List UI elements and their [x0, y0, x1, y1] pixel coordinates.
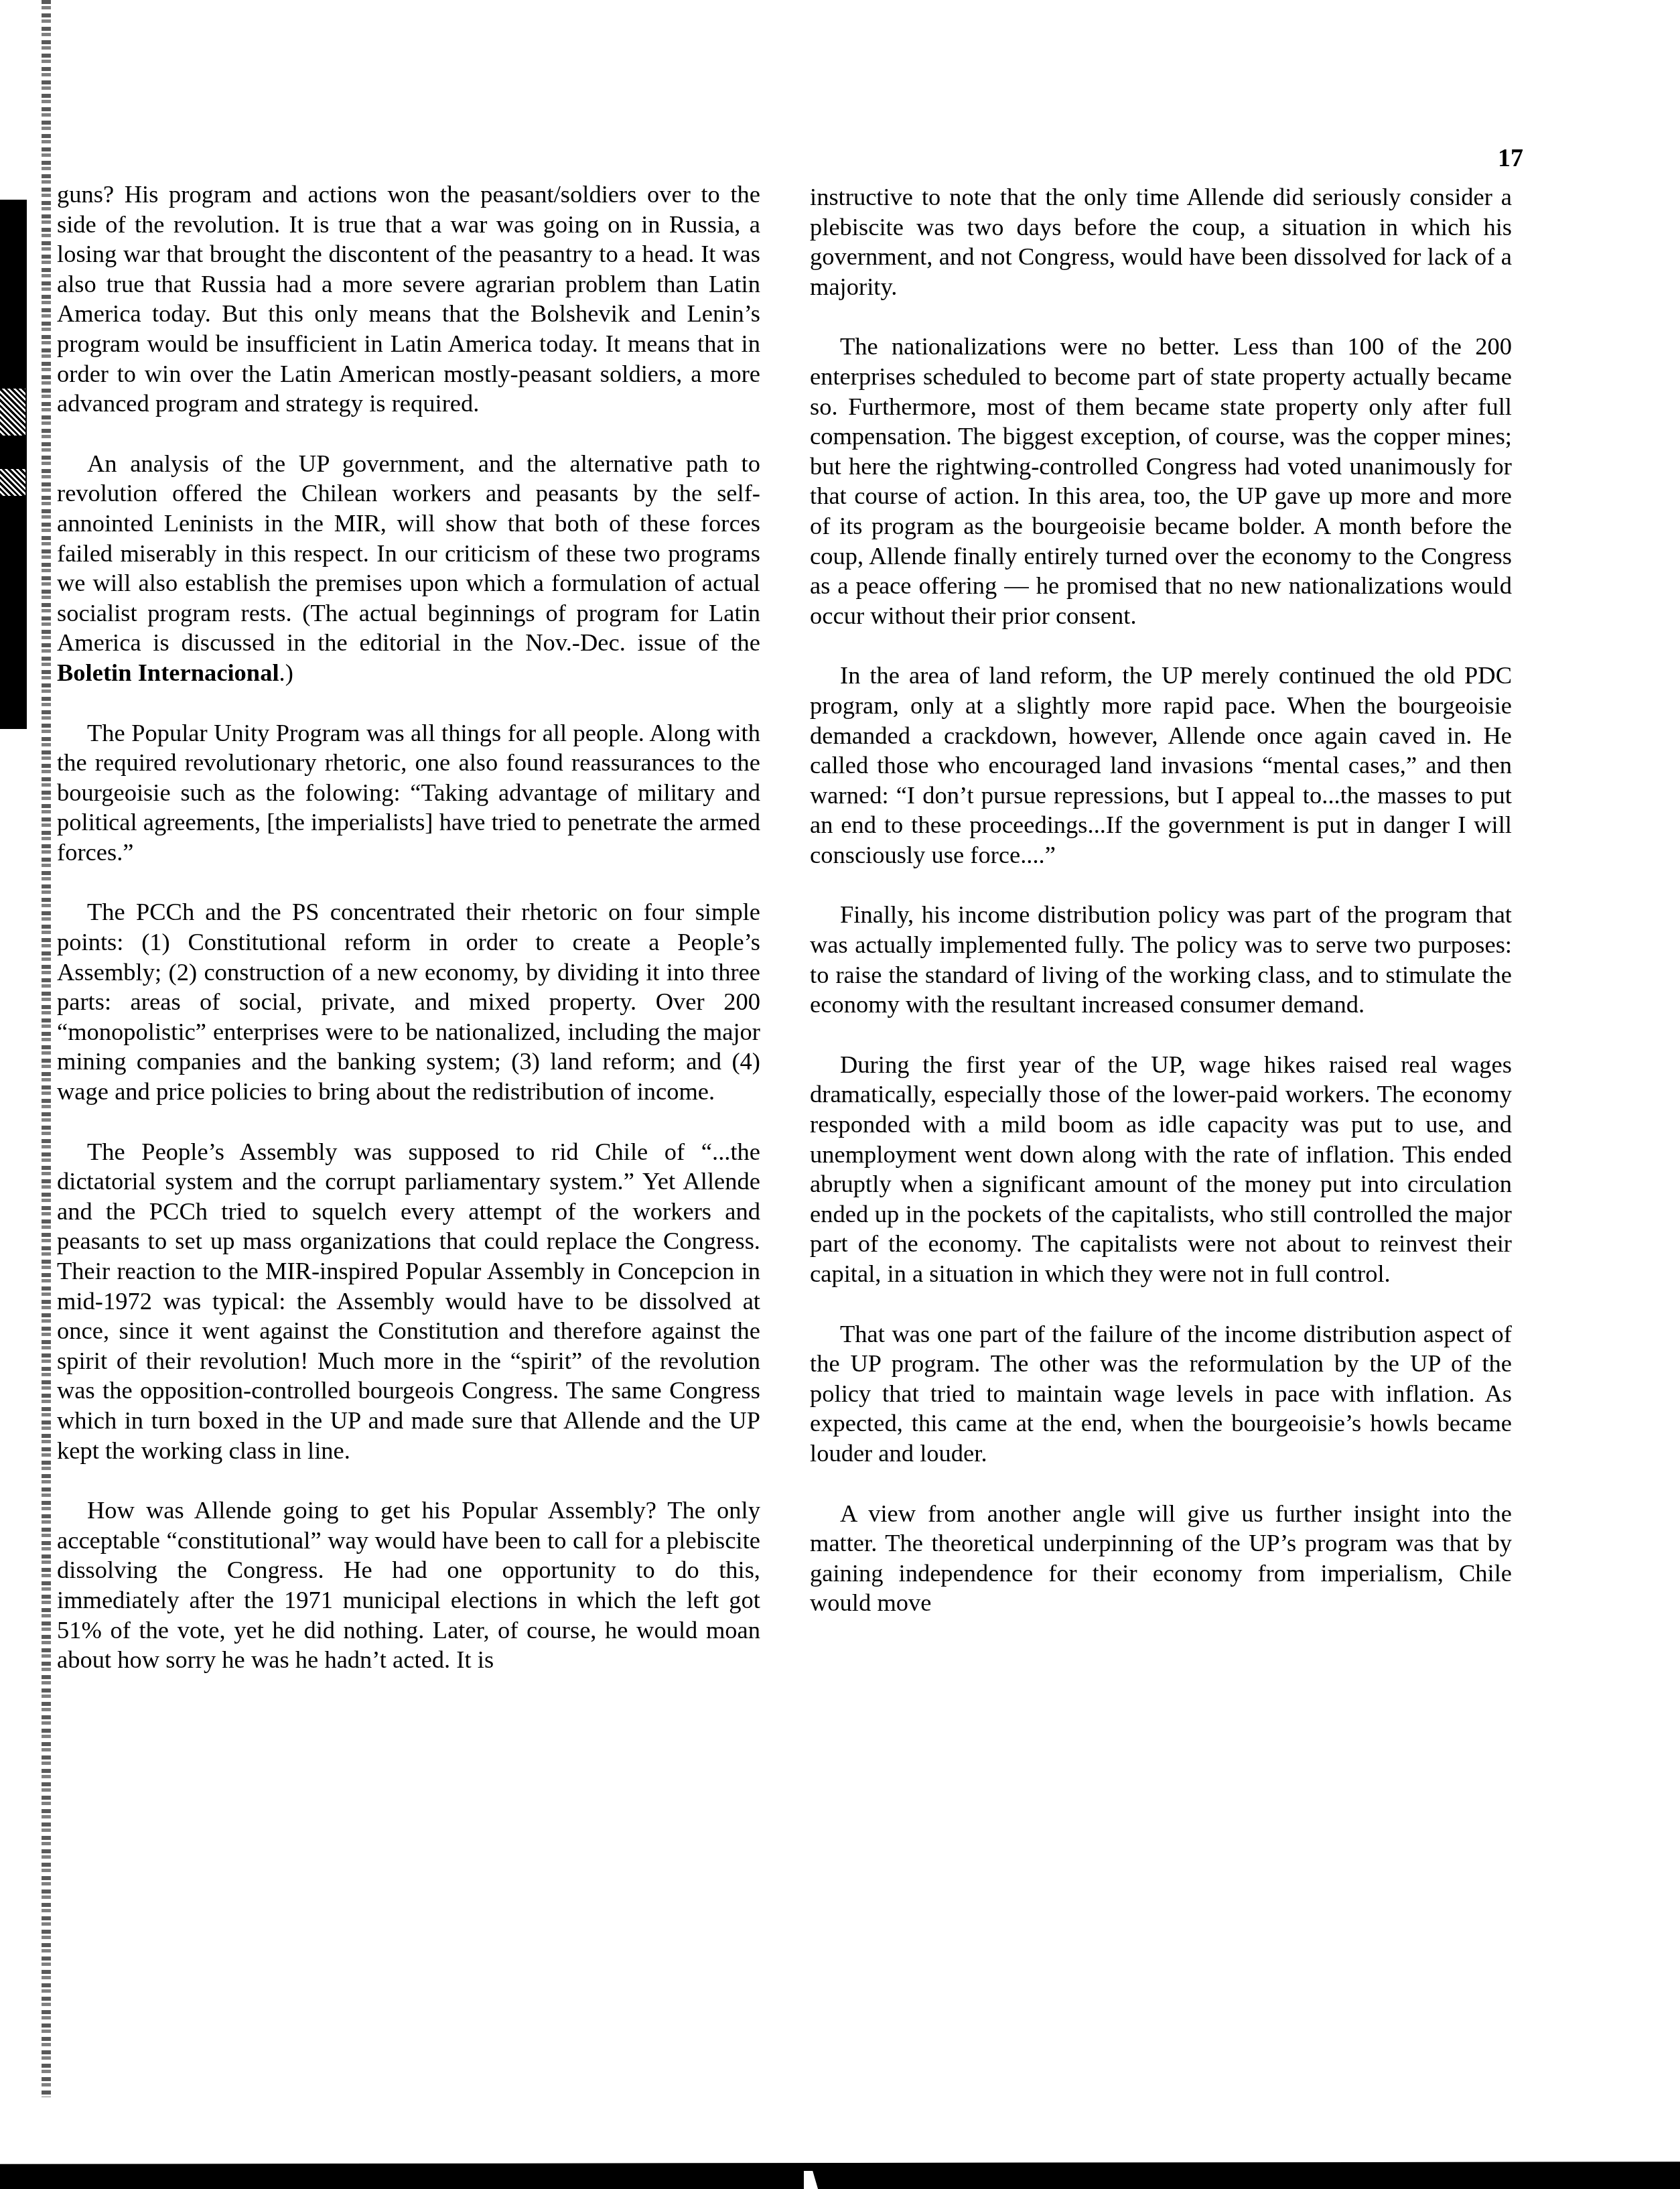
paragraph: An analysis of the UP government, and th…: [57, 449, 760, 688]
paragraph: Finally, his income distribution policy …: [810, 900, 1512, 1019]
scan-halftone-artifact: [0, 389, 25, 436]
right-column: instructive to note that the only time A…: [810, 182, 1512, 1648]
left-column: guns? His program and actions won the pe…: [57, 180, 760, 1705]
paragraph: guns? His program and actions won the pe…: [57, 180, 760, 419]
paragraph: instructive to note that the only time A…: [810, 182, 1512, 302]
paragraph: In the area of land reform, the UP merel…: [810, 661, 1512, 870]
paragraph-text: .): [279, 659, 293, 686]
paragraph: The People’s Assembly was supposed to ri…: [57, 1137, 760, 1466]
paragraph-text: An analysis of the UP government, and th…: [57, 450, 760, 657]
scan-halftone-artifact: [0, 469, 25, 496]
publication-title: Boletin Internacional: [57, 659, 279, 686]
paragraph: The Popular Unity Program was all things…: [57, 718, 760, 868]
scan-bottom-shadow: [0, 2162, 1680, 2189]
paragraph: That was one part of the failure of the …: [810, 1319, 1512, 1469]
paragraph: The nationalizations were no better. Les…: [810, 332, 1512, 631]
paragraph: A view from another angle will give us f…: [810, 1499, 1512, 1618]
paragraph: During the first year of the UP, wage hi…: [810, 1050, 1512, 1289]
paragraph: The PCCh and the PS concentrated their r…: [57, 897, 760, 1106]
page-number: 17: [1498, 143, 1523, 173]
scan-binding-edge: [42, 0, 51, 2097]
scan-edge-shadow: [0, 200, 27, 729]
paragraph: How was Allende going to get his Popular…: [57, 1496, 760, 1675]
